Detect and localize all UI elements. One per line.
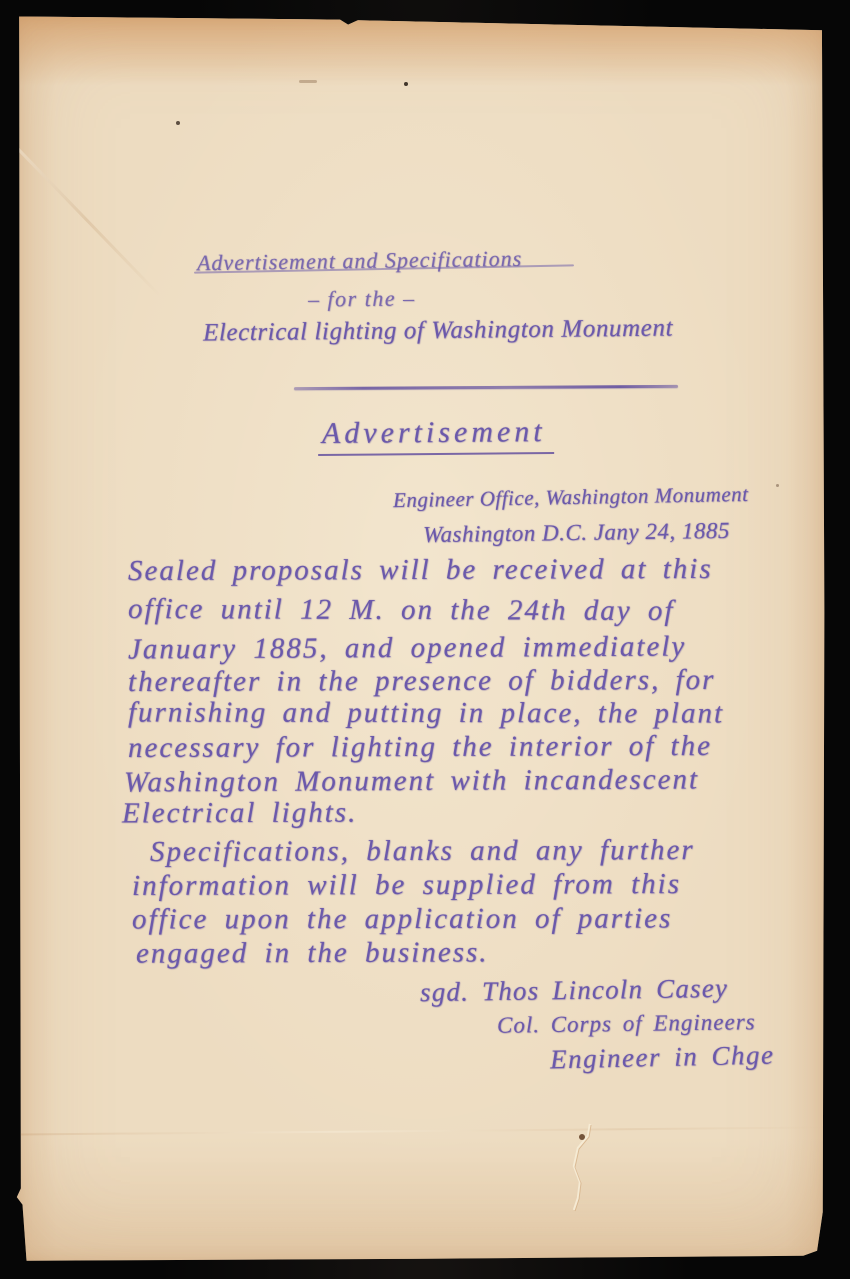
dateline-date: Washington D.C. Jany 24, 1885 [423,519,730,546]
signature-rank: Col. Corps of Engineers [497,1010,756,1037]
body-line: Specifications, blanks and any further [150,836,695,867]
paper-speck [176,121,180,125]
paper-speck [776,484,779,487]
photo-background: Advertisement and Specifications – for t… [0,0,850,1279]
body-line: furnishing and putting in place, the pla… [128,698,724,728]
paper-speck [404,82,408,86]
body-line: Sealed proposals will be received at thi… [128,555,713,586]
signature-name: sgd. Thos Lincoln Casey [420,975,728,1006]
body-line: office upon the application of parties [132,905,672,935]
title-line-1: Advertisement and Specifications [197,248,523,275]
paper-tear [544,1122,624,1212]
signature-title: Engineer in Chge [550,1042,775,1074]
dateline-office: Engineer Office, Washington Monument [393,484,749,511]
body-line: engaged in the business. [136,938,489,968]
body-line: necessary for lighting the interior of t… [128,732,712,763]
body-line: Electrical lights. [122,799,357,829]
body-line: January 1885, and opened immediately [128,633,686,665]
paper-speck [299,80,317,83]
title-line-2: – for the – [308,288,416,311]
section-heading: Advertisement [318,417,554,456]
divider-rule [294,385,678,390]
crease-mark-bottom [16,1126,826,1135]
document-paper: Advertisement and Specifications – for t… [16,14,826,1262]
body-line: office until 12 M. on the 24th day of [128,595,675,626]
body-line: information will be supplied from this [132,870,681,901]
crease-mark-top-left [0,126,161,297]
body-line: thereafter in the presence of bidders, f… [128,666,716,697]
body-line: Washington Monument with incandescent [124,765,699,797]
title-line-3: Electrical lighting of Washington Monume… [203,316,673,346]
